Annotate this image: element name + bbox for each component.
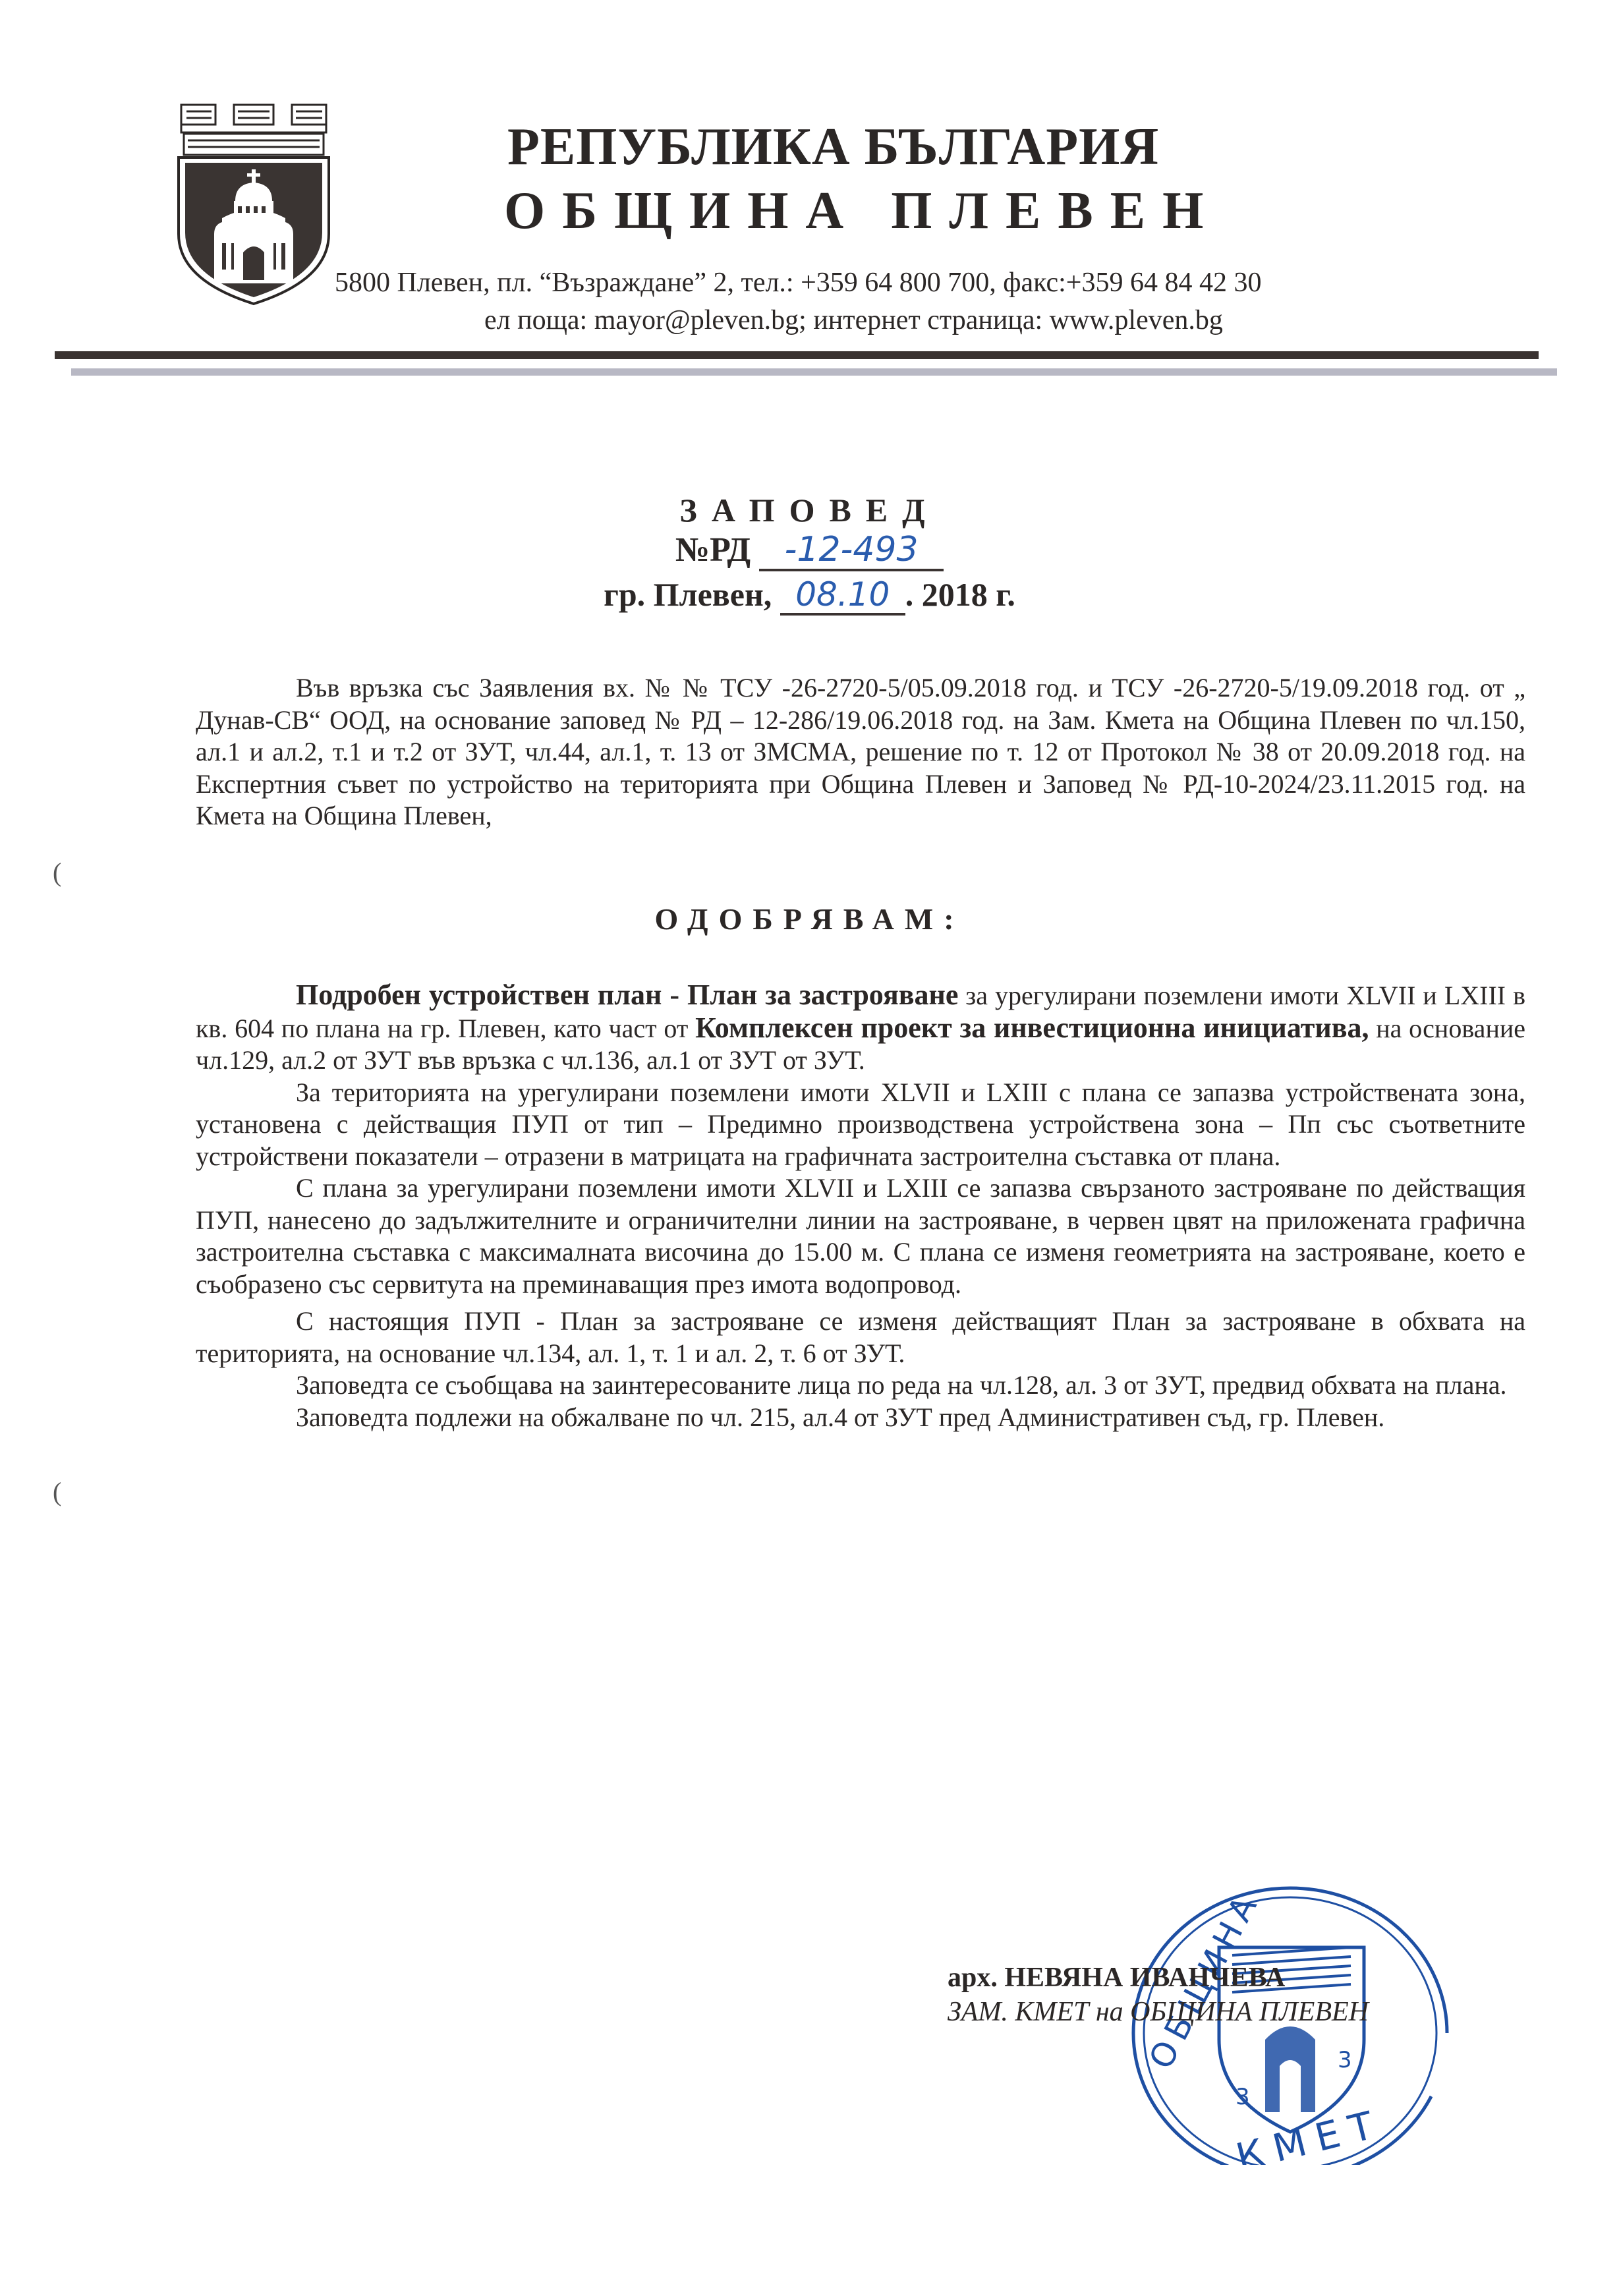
svg-text:3: 3: [1338, 2047, 1352, 2073]
preamble: Във връзка със Заявления вх. № № ТСУ -26…: [196, 672, 1525, 832]
preamble-text: Във връзка със Заявления вх. № № ТСУ -26…: [196, 672, 1525, 832]
approve-heading: ОДОБРЯВАМ:: [0, 902, 1619, 936]
order-number: №РД -12-493: [0, 531, 1619, 571]
decision-project-title: Комплексен проект за инвестиционна иници…: [695, 1012, 1369, 1044]
order-number-prefix: №РД: [675, 531, 751, 569]
svg-text:3: 3: [1236, 2084, 1250, 2110]
document-page: РЕПУБЛИКА БЪЛГАРИЯ ОБЩИНА ПЛЕВЕН 5800 Пл…: [0, 0, 1619, 2296]
decision-body: Подробен устройствен план - План за заст…: [196, 979, 1525, 1433]
order-year: . 2018 г.: [905, 576, 1015, 613]
scan-mark: (: [53, 1476, 61, 1507]
order-title: ЗАПОВЕД: [0, 491, 1619, 529]
letterhead-address: 5800 Плевен, пл. “Възраждане” 2, тел.: +…: [335, 266, 1262, 300]
letterhead-country: РЕПУБЛИКА БЪЛГАРИЯ: [507, 117, 1232, 177]
decision-plan-title: Подробен устройствен план - План за заст…: [296, 979, 958, 1011]
paragraph-notification: Заповедта се съобщава на заинтересованит…: [196, 1369, 1525, 1402]
paragraph-building: С плана за урегулирани поземлени имоти X…: [196, 1172, 1525, 1300]
paragraph-zone: За територията на урегулирани поземлени …: [196, 1077, 1525, 1173]
paragraph-amendment: С настоящия ПУП - План за застрояване се…: [196, 1306, 1525, 1369]
signatory-role: ЗАМ. КМЕТ на ОБЩИНА ПЛЕВЕН: [948, 1995, 1369, 2029]
header-divider-dark: [55, 351, 1539, 359]
signatory-name: арх. НЕВЯНА ИВАНЧЕВА: [948, 1961, 1369, 1995]
letterhead-municipality: ОБЩИНА ПЛЕВЕН: [504, 181, 1229, 241]
scan-mark: (: [53, 857, 61, 888]
letterhead-contact: ел поща: mayor@pleven.bg; интернет стран…: [484, 303, 1223, 337]
order-place-date: гр. Плевен, 08.10. 2018 г.: [0, 575, 1619, 616]
decision-paragraph: Подробен устройствен план - План за заст…: [196, 979, 1525, 1077]
order-number-handwritten: -12-493: [785, 530, 919, 569]
pleven-coat-of-arms-icon: [175, 102, 333, 306]
order-date-handwritten: 08.10: [795, 575, 890, 614]
paragraph-appeal: Заповедта подлежи на обжалване по чл. 21…: [196, 1402, 1525, 1434]
header-divider-grey: [71, 368, 1557, 376]
signature-block: арх. НЕВЯНА ИВАНЧЕВА ЗАМ. КМЕТ на ОБЩИНА…: [948, 1961, 1369, 2029]
order-city: гр. Плевен,: [604, 576, 772, 613]
